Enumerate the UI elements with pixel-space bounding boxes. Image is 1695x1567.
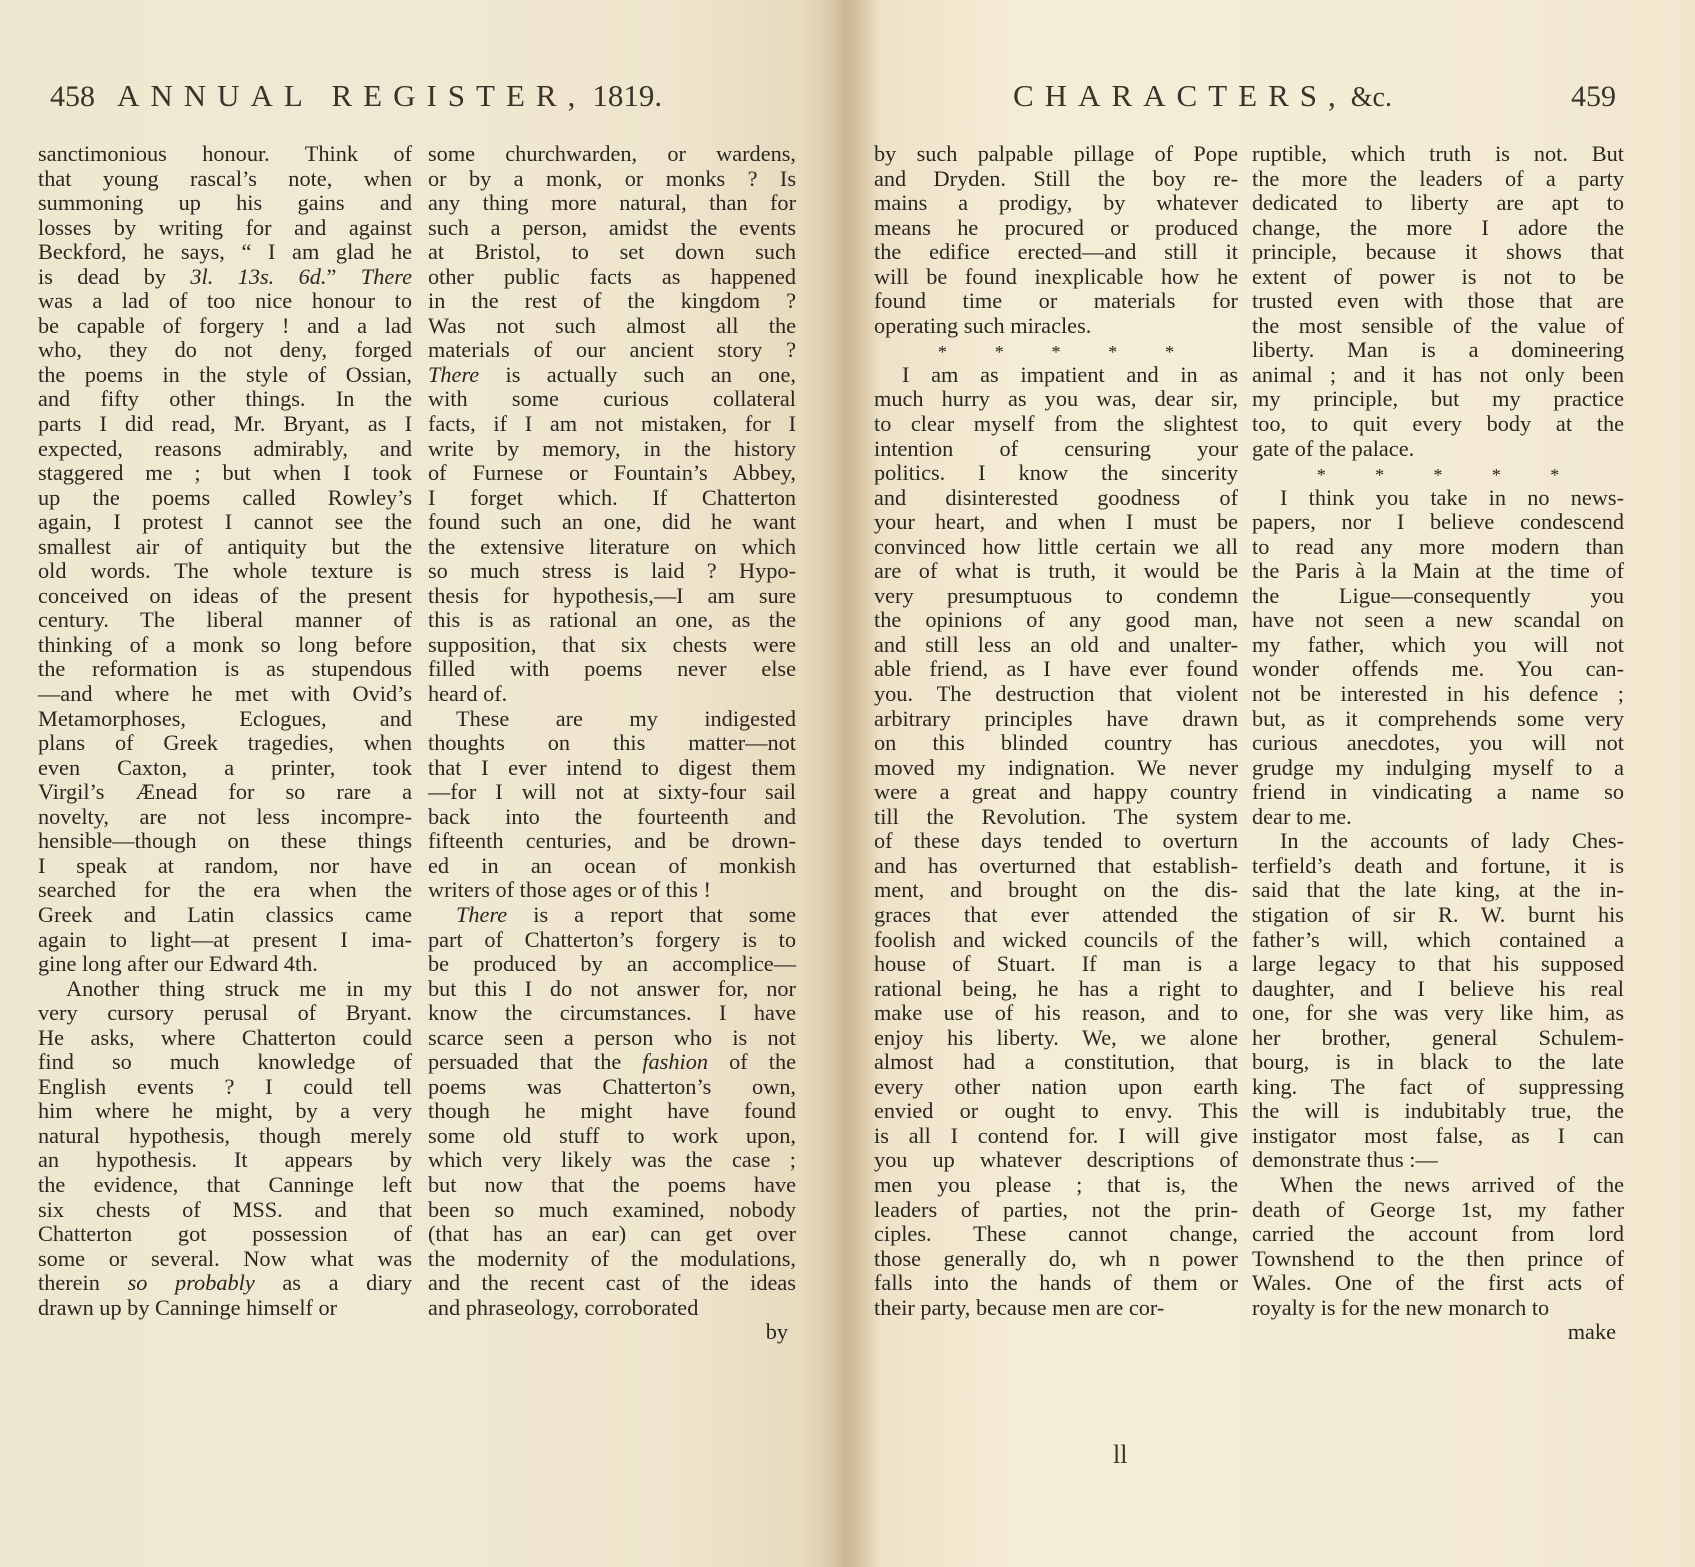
text-line: ed in an ocean of monkish	[428, 854, 796, 879]
text-line: persuaded that the fashion of the	[428, 1050, 796, 1075]
text-line: who, they do not deny, forged	[38, 338, 412, 363]
text-line: I forget which. If Chatterton	[428, 486, 796, 511]
text-line: materials of our ancient story ?	[428, 338, 796, 363]
text-line: till the Revolution. The system	[874, 805, 1238, 830]
text-line: There is a report that some	[428, 903, 796, 928]
text-line: other public facts as happened	[428, 265, 796, 290]
text-line: too, to quit every body at the	[1252, 412, 1624, 437]
text-line: extent of power is not to be	[1252, 265, 1624, 290]
text-line: every other nation upon earth	[874, 1075, 1238, 1100]
text-line: very cursory perusal of Bryant.	[38, 1001, 412, 1026]
text-line: Beckford, he says, “ I am glad he	[38, 240, 412, 265]
page-number: 458	[50, 80, 95, 114]
text-line: dear to me.	[1252, 805, 1624, 830]
text-line: liberty. Man is a domineering	[1252, 338, 1624, 363]
text-line: grudge my indulging myself to a	[1252, 756, 1624, 781]
text-line: almost had a constitution, that	[874, 1050, 1238, 1075]
text-line: king. The fact of suppressing	[1252, 1075, 1624, 1100]
text-line: him where he might, by a very	[38, 1099, 412, 1124]
catchword: make	[1252, 1320, 1624, 1345]
text-line: the Paris à la Main at the time of	[1252, 559, 1624, 584]
text-line: old words. The whole texture is	[38, 559, 412, 584]
text-line: (that has an ear) can get over	[428, 1222, 796, 1247]
text-line: make use of his reason, and to	[874, 1001, 1238, 1026]
text-line: terfield’s death and fortune, it is	[1252, 854, 1624, 879]
text-line: men you please ; that is, the	[874, 1173, 1238, 1198]
text-line: some old stuff to work upon,	[428, 1124, 796, 1149]
text-line: stigation of sir R. W. burnt his	[1252, 903, 1624, 928]
text-line: death of George 1st, my father	[1252, 1198, 1624, 1223]
text-line: leaders of parties, not the prin-	[874, 1198, 1238, 1223]
text-line: some or several. Now what was	[38, 1247, 412, 1272]
text-line: was a lad of too nice honour to	[38, 289, 412, 314]
right-running-head: CHARACTERS, &c. 459	[860, 78, 1620, 122]
text-line: again to light—at present I ima-	[38, 928, 412, 953]
text-line: with some curious collateral	[428, 387, 796, 412]
text-line: —for I will not at sixty-four sail	[428, 780, 796, 805]
text-line: by such palpable pillage of Pope	[874, 142, 1238, 167]
text-line: your heart, and when I must be	[874, 510, 1238, 535]
text-line: gate of the palace.	[1252, 437, 1624, 462]
text-line: losses by writing for and against	[38, 216, 412, 241]
page-number: 459	[1571, 80, 1616, 114]
text-line: royalty is for the new monarch to	[1252, 1296, 1624, 1321]
text-line: means he procured or produced	[874, 216, 1238, 241]
text-line: the Ligue—consequently you	[1252, 584, 1624, 609]
text-line: Townshend to the then prince of	[1252, 1247, 1624, 1272]
text-line: some churchwarden, or wardens,	[428, 142, 796, 167]
text-line: much hurry as you was, dear sir,	[874, 387, 1238, 412]
text-line: thesis for hypothesis,—I am sure	[428, 584, 796, 609]
text-line: He asks, where Chatterton could	[38, 1026, 412, 1051]
text-line: and phraseology, corroborated	[428, 1296, 796, 1321]
text-line: my principle, but my practice	[1252, 387, 1624, 412]
text-line: the edifice erected—and still it	[874, 240, 1238, 265]
text-line: Greek and Latin classics came	[38, 903, 412, 928]
text-line: supposition, that six chests were	[428, 633, 796, 658]
text-line: find so much knowledge of	[38, 1050, 412, 1075]
text-line: six chests of MSS. and that	[38, 1198, 412, 1223]
text-line: is all I contend for. I will give	[874, 1124, 1238, 1149]
text-line: be capable of forgery ! and a lad	[38, 314, 412, 339]
text-line: and fifty other things. In the	[38, 387, 412, 412]
text-line: the most sensible of the value of	[1252, 314, 1624, 339]
text-line: found such an one, did he want	[428, 510, 796, 535]
text-line: father’s will, which contained a	[1252, 928, 1624, 953]
text-line: papers, nor I believe condescend	[1252, 510, 1624, 535]
text-line: have not seen a new scandal on	[1252, 608, 1624, 633]
text-line: ruptible, which truth is not. But	[1252, 142, 1624, 167]
text-line: will be found inexplicable how he	[874, 265, 1238, 290]
text-line: or by a monk, or monks ? Is	[428, 167, 796, 192]
text-line: expected, reasons admirably, and	[38, 437, 412, 462]
signature-mark: ll	[1113, 1440, 1127, 1470]
running-title-suffix: &c.	[1351, 82, 1392, 114]
left-running-head: 458 ANNUAL REGISTER, 1819.	[50, 78, 810, 122]
text-line: Another thing struck me in my	[38, 977, 412, 1002]
text-line: —and where he met with Ovid’s	[38, 682, 412, 707]
text-line: house of Stuart. If man is a	[874, 952, 1238, 977]
text-line: and still less an old and unalter-	[874, 633, 1238, 658]
text-line: searched for the era when the	[38, 878, 412, 903]
text-line: politics. I know the sincerity	[874, 461, 1238, 486]
section-break-asterisks: *****	[874, 338, 1238, 363]
text-line: again, I protest I cannot see the	[38, 510, 412, 535]
text-line: be produced by an accomplice—	[428, 952, 796, 977]
text-line: is dead by 3l. 13s. 6d.” There	[38, 265, 412, 290]
text-line: and Dryden. Still the boy re-	[874, 167, 1238, 192]
text-line: her brother, general Schulem-	[1252, 1026, 1624, 1051]
text-line: that I ever intend to digest them	[428, 756, 796, 781]
text-line: the opinions of any good man,	[874, 608, 1238, 633]
text-line: an hypothesis. It appears by	[38, 1148, 412, 1173]
text-line: Virgil’s Ænead for so rare a	[38, 780, 412, 805]
text-line: curious anecdotes, you will not	[1252, 731, 1624, 756]
text-line: convinced how little certain we all	[874, 535, 1238, 560]
text-line: large legacy to that his supposed	[1252, 952, 1624, 977]
text-line: found time or materials for	[874, 289, 1238, 314]
text-line: I am as impatient and in as	[874, 363, 1238, 388]
text-line: mains a prodigy, by whatever	[874, 191, 1238, 216]
text-line: very presumptuous to condemn	[874, 584, 1238, 609]
text-line: dedicated to liberty are apt to	[1252, 191, 1624, 216]
text-line: of Furnese or Fountain’s Abbey,	[428, 461, 796, 486]
text-line: gine long after our Edward 4th.	[38, 952, 412, 977]
text-line: but, as it comprehends some very	[1252, 707, 1624, 732]
text-line: know the circumstances. I have	[428, 1001, 796, 1026]
text-line: even Caxton, a printer, took	[38, 756, 412, 781]
text-line: and disinterested goodness of	[874, 486, 1238, 511]
text-line: scarce seen a person who is not	[428, 1026, 796, 1051]
right-column-2: ruptible, which truth is not. Butthe mor…	[1252, 142, 1624, 1345]
text-line: hensible—though on these things	[38, 829, 412, 854]
text-line: but now that the poems have	[428, 1173, 796, 1198]
text-line: Metamorphoses, Eclogues, and	[38, 707, 412, 732]
section-break-asterisks: *****	[1252, 461, 1624, 486]
text-line: envied or ought to envy. This	[874, 1099, 1238, 1124]
running-year: 1819.	[592, 78, 662, 114]
text-line: such a person, amidst the events	[428, 216, 796, 241]
text-line: to clear myself from the slightest	[874, 412, 1238, 437]
text-line: that young rascal’s note, when	[38, 167, 412, 192]
text-line: I think you take in no news-	[1252, 486, 1624, 511]
text-line: but this I do not answer for, nor	[428, 977, 796, 1002]
text-line: not be interested in his defence ;	[1252, 682, 1624, 707]
text-line: Chatterton got possession of	[38, 1222, 412, 1247]
text-line: foolish and wicked councils of the	[874, 928, 1238, 953]
text-line: century. The liberal manner of	[38, 608, 412, 633]
text-line: write by memory, in the history	[428, 437, 796, 462]
text-line: up the poems called Rowley’s	[38, 486, 412, 511]
text-line: ment, and brought on the dis-	[874, 878, 1238, 903]
right-column-1: by such palpable pillage of Popeand Dryd…	[874, 142, 1238, 1320]
text-line: drawn up by Canninge himself or	[38, 1296, 412, 1321]
text-line: I speak at random, nor have	[38, 854, 412, 879]
text-line: on this blinded country has	[874, 731, 1238, 756]
text-line: sanctimonious honour. Think of	[38, 142, 412, 167]
text-line: falls into the hands of them or	[874, 1271, 1238, 1296]
text-line: Was not such almost all the	[428, 314, 796, 339]
text-line: fifteenth centuries, and be drown-	[428, 829, 796, 854]
text-line: the reformation is as stupendous	[38, 657, 412, 682]
text-line: you. The destruction that violent	[874, 682, 1238, 707]
left-column-2: some churchwarden, or wardens,or by a mo…	[428, 142, 796, 1345]
text-line: are of what is truth, it would be	[874, 559, 1238, 584]
text-line: at Bristol, to set down such	[428, 240, 796, 265]
text-line: therein so probably as a diary	[38, 1271, 412, 1296]
text-line: These are my indigested	[428, 707, 796, 732]
text-line: of these days tended to overturn	[874, 829, 1238, 854]
text-line: you up whatever descriptions of	[874, 1148, 1238, 1173]
text-line: the modernity of the modulations,	[428, 1247, 796, 1272]
running-title: ANNUAL REGISTER,	[117, 78, 586, 114]
text-line: their party, because men are cor-	[874, 1296, 1238, 1321]
text-line: smallest air of antiquity but the	[38, 535, 412, 560]
text-line: the extensive literature on which	[428, 535, 796, 560]
text-line: been so much examined, nobody	[428, 1198, 796, 1223]
text-line: thoughts on this matter—not	[428, 731, 796, 756]
text-line: rational being, he has a right to	[874, 977, 1238, 1002]
text-line: back into the fourteenth and	[428, 805, 796, 830]
text-line: staggered me ; but when I took	[38, 461, 412, 486]
text-line: enjoy his liberty. We, we alone	[874, 1026, 1238, 1051]
text-line: the poems in the style of Ossian,	[38, 363, 412, 388]
text-line: arbitrary principles have drawn	[874, 707, 1238, 732]
text-line: Wales. One of the first acts of	[1252, 1271, 1624, 1296]
text-line: daughter, and I believe his real	[1252, 977, 1624, 1002]
text-line: trusted even with those that are	[1252, 289, 1624, 314]
text-line: the more the leaders of a party	[1252, 167, 1624, 192]
text-line: When the news arrived of the	[1252, 1173, 1624, 1198]
text-line: those generally do, wh n power	[874, 1247, 1238, 1272]
text-line: thinking of a monk so long before	[38, 633, 412, 658]
text-line: writers of those ages or of this !	[428, 878, 796, 903]
text-line: and the recent cast of the ideas	[428, 1271, 796, 1296]
text-line: heard of.	[428, 682, 796, 707]
text-line: natural hypothesis, though merely	[38, 1124, 412, 1149]
text-line: plans of Greek tragedies, when	[38, 731, 412, 756]
text-line: graces that ever attended the	[874, 903, 1238, 928]
text-line: English events ? I could tell	[38, 1075, 412, 1100]
text-line: demonstrate thus :—	[1252, 1148, 1624, 1173]
text-line: operating such miracles.	[874, 314, 1238, 339]
text-line: bourg, is in black to the late	[1252, 1050, 1624, 1075]
text-line: In the accounts of lady Ches-	[1252, 829, 1624, 854]
text-line: novelty, are not less incompre-	[38, 805, 412, 830]
text-line: the will is indubitably true, the	[1252, 1099, 1624, 1124]
text-line: parts I did read, Mr. Bryant, as I	[38, 412, 412, 437]
text-line: said that the late king, at the in-	[1252, 878, 1624, 903]
text-line: summoning up his gains and	[38, 191, 412, 216]
text-line: wonder offends me. You can-	[1252, 657, 1624, 682]
text-line: There is actually such an one,	[428, 363, 796, 388]
text-line: facts, if I am not mistaken, for I	[428, 412, 796, 437]
text-line: though he might have found	[428, 1099, 796, 1124]
text-line: friend in vindicating a name so	[1252, 780, 1624, 805]
text-line: so much stress is laid ? Hypo-	[428, 559, 796, 584]
text-line: able friend, as I have ever found	[874, 657, 1238, 682]
text-line: my father, which you will not	[1252, 633, 1624, 658]
text-line: conceived on ideas of the present	[38, 584, 412, 609]
left-column-1: sanctimonious honour. Think ofthat young…	[38, 142, 412, 1320]
text-line: filled with poems never else	[428, 657, 796, 682]
text-line: instigator most false, as I can	[1252, 1124, 1624, 1149]
text-line: part of Chatterton’s forgery is to	[428, 928, 796, 953]
running-title: CHARACTERS,	[1013, 78, 1347, 114]
text-line: were a great and happy country	[874, 780, 1238, 805]
text-line: animal ; and it has not only been	[1252, 363, 1624, 388]
text-line: poems was Chatterton’s own,	[428, 1075, 796, 1100]
text-line: ciples. These cannot change,	[874, 1222, 1238, 1247]
text-line: which very likely was the case ;	[428, 1148, 796, 1173]
catchword: by	[428, 1320, 796, 1345]
text-line: the evidence, that Canninge left	[38, 1173, 412, 1198]
text-line: change, the more I adore the	[1252, 216, 1624, 241]
text-line: intention of censuring your	[874, 437, 1238, 462]
text-line: principle, because it shows that	[1252, 240, 1624, 265]
text-line: and has overturned that establish-	[874, 854, 1238, 879]
book-spread: 458 ANNUAL REGISTER, 1819. sanctimonious…	[0, 0, 1695, 1567]
text-line: one, for she was very like him, as	[1252, 1001, 1624, 1026]
text-line: to read any more modern than	[1252, 535, 1624, 560]
text-line: carried the account from lord	[1252, 1222, 1624, 1247]
text-line: any thing more natural, than for	[428, 191, 796, 216]
text-line: moved my indignation. We never	[874, 756, 1238, 781]
text-line: in the rest of the kingdom ?	[428, 289, 796, 314]
text-line: this is as rational an one, as the	[428, 608, 796, 633]
